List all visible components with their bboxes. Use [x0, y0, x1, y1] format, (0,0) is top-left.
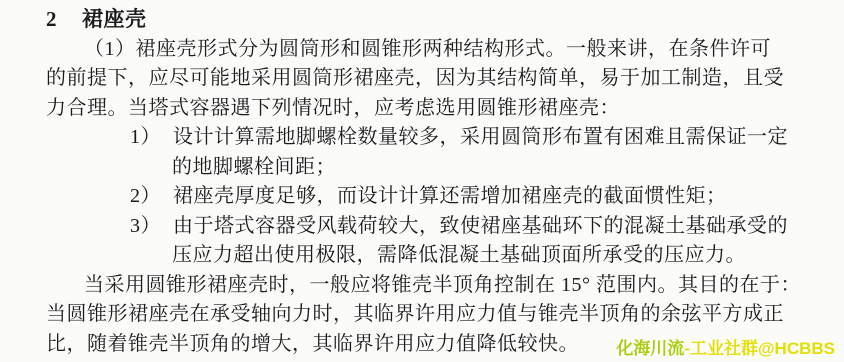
list-marker-3: 3）: [130, 212, 173, 242]
section-heading: 2裙座壳: [46, 5, 838, 35]
list-item-2-line1: 2）裙座壳厚度足够，而设计计算还需增加裙座壳的截面惯性矩；: [46, 182, 838, 212]
list-marker-2: 2）: [130, 182, 173, 212]
watermark-site-name: 化海川流: [616, 339, 684, 358]
paragraph1-line1: （1）裙座壳形式分为圆筒形和圆锥形两种结构形式。一般来讲，在条件许可: [46, 35, 838, 65]
watermark-community-tag: -工业社群@HCBBS: [684, 339, 835, 358]
paragraph2-line2: 当圆锥形裙座壳在承受轴向力时，其临界许用应力值与锥壳半顶角的余弦平方成正: [46, 300, 838, 330]
list-item-3-line2: 压应力超出使用极限，需降低混凝土基础顶面所承受的压应力。: [46, 241, 838, 271]
paragraph1-line3: 力合理。当塔式容器遇下列情况时，应考虑选用圆锥形裙座壳：: [46, 94, 838, 124]
list-item-3-text: 由于塔式容器受风载荷较大，致使裙座基础环下的混凝土基础承受的: [173, 215, 788, 237]
list-item-2-text: 裙座壳厚度足够，而设计计算还需增加裙座壳的截面惯性矩；: [173, 185, 727, 207]
list-item-1-text: 设计计算需地脚螺栓数量较多，采用圆筒形布置有困难且需保证一定: [173, 126, 788, 148]
paragraph1-line2: 的前提下，应尽可能地采用圆筒形裙座壳，因为其结构简单，易于加工制造，且受: [46, 64, 838, 94]
section-number: 2: [46, 5, 82, 35]
list-marker-1: 1）: [130, 123, 173, 153]
list-item-1-line2: 的地脚螺栓间距；: [46, 153, 838, 183]
document-page: 2裙座壳 （1）裙座壳形式分为圆筒形和圆锥形两种结构形式。一般来讲，在条件许可 …: [0, 0, 844, 362]
section-title: 裙座壳: [82, 7, 147, 31]
list-item-1-line1: 1）设计计算需地脚螺栓数量较多，采用圆筒形布置有困难且需保证一定: [46, 123, 838, 153]
paragraph2-line1: 当采用圆锥形裙座壳时，一般应将锥壳半顶角控制在 15° 范围内。其目的在于：: [46, 271, 838, 301]
list-item-3-line1: 3）由于塔式容器受风载荷较大，致使裙座基础环下的混凝土基础承受的: [46, 212, 838, 242]
watermark: 化海川流-工业社群@HCBBS: [616, 334, 835, 359]
